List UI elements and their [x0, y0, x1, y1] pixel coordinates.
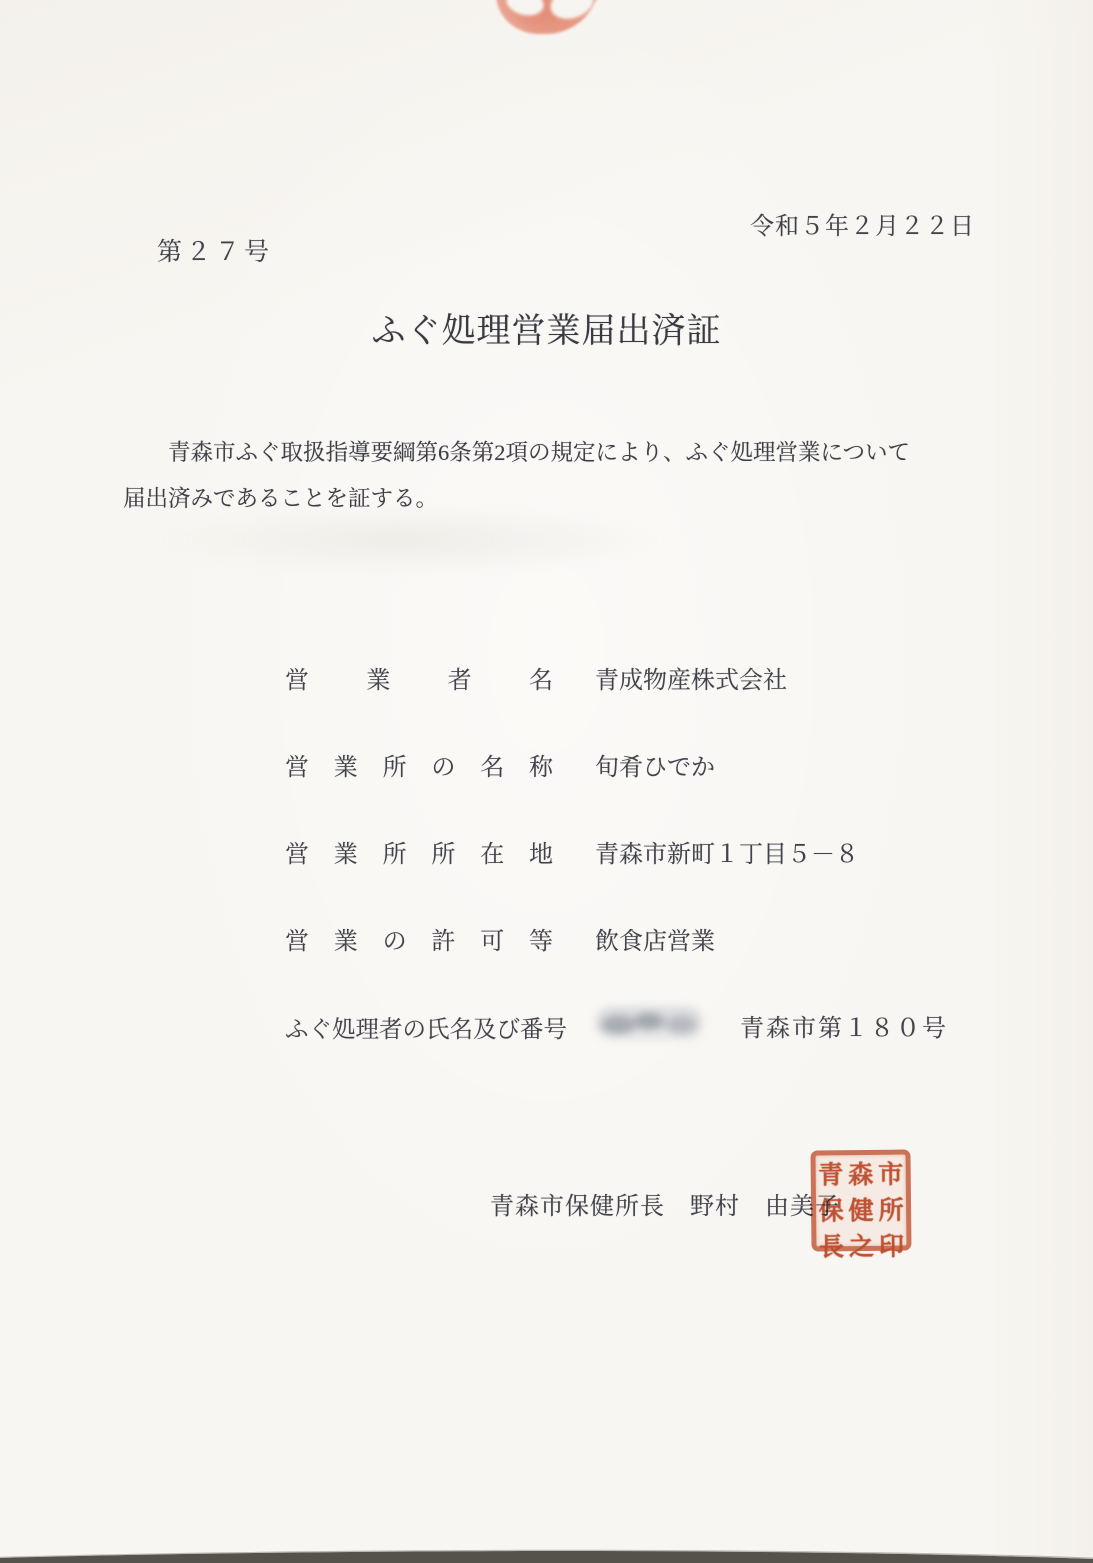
seal-char: 青	[816, 1155, 846, 1191]
stamp-white-mark-right	[546, 0, 597, 24]
official-seal-stamp: 青 森 市 保 健 所 長 之 印	[810, 1149, 911, 1251]
field-row-establishment-address: 営業所所在地 青森市新町１丁目５－８	[285, 834, 859, 869]
field-value: 旬肴ひでか	[595, 747, 715, 782]
paper-smudge	[150, 505, 670, 575]
certificate-document: 令和５年２月２２日 第２７号 ふぐ処理営業届出済証 青森市ふぐ取扱指導要綱第6条…	[0, 0, 1093, 1563]
body-line-1: 青森市ふぐ取扱指導要綱第6条第2項の規定により、ふぐ処理営業について	[123, 430, 963, 476]
stamp-white-mark-left	[504, 0, 547, 19]
field-row-establishment-name: 営業所の名称 旬肴ひでか	[285, 747, 715, 782]
field-value: 青森市新町１丁目５－８	[595, 834, 859, 869]
seal-char: 保	[816, 1191, 846, 1227]
document-number: 第２７号	[157, 232, 273, 268]
paper-bottom-edge	[0, 1545, 1093, 1563]
field-value: 飲食店営業	[595, 921, 715, 956]
seal-char: 所	[876, 1191, 906, 1227]
field-value: 青森市第１８０号	[740, 1008, 948, 1043]
seal-char: 之	[846, 1227, 876, 1263]
field-row-operator-name: 営業者名 青成物産株式会社	[285, 660, 787, 695]
field-label: 営業所所在地	[285, 834, 553, 869]
seal-char: 市	[876, 1155, 906, 1191]
issue-date: 令和５年２月２２日	[750, 206, 975, 241]
field-label: 営業者名	[285, 660, 553, 695]
body-paragraph: 青森市ふぐ取扱指導要綱第6条第2項の規定により、ふぐ処理営業について 届出済みで…	[123, 430, 963, 522]
field-label: ふぐ処理者の氏名及び番号	[285, 1010, 567, 1044]
field-value: 青成物産株式会社	[595, 660, 787, 695]
signature-office-title: 青森市保健所長	[490, 1186, 665, 1221]
partial-round-stamp-icon	[496, 0, 600, 34]
document-title: ふぐ処理営業届出済証	[0, 303, 1093, 352]
seal-char: 長	[816, 1227, 846, 1263]
field-row-business-permit: 営業の許可等 飲食店営業	[285, 921, 715, 956]
field-label: 営業の許可等	[285, 921, 553, 956]
field-label: 営業所の名称	[285, 747, 553, 782]
seal-char: 健	[846, 1191, 876, 1227]
seal-char: 森	[846, 1155, 876, 1191]
field-row-fugu-handler: ふぐ処理者の氏名及び番号 青森市第１８０号	[285, 1008, 985, 1048]
seal-char: 印	[876, 1227, 906, 1263]
redacted-name-blur	[595, 1006, 703, 1040]
